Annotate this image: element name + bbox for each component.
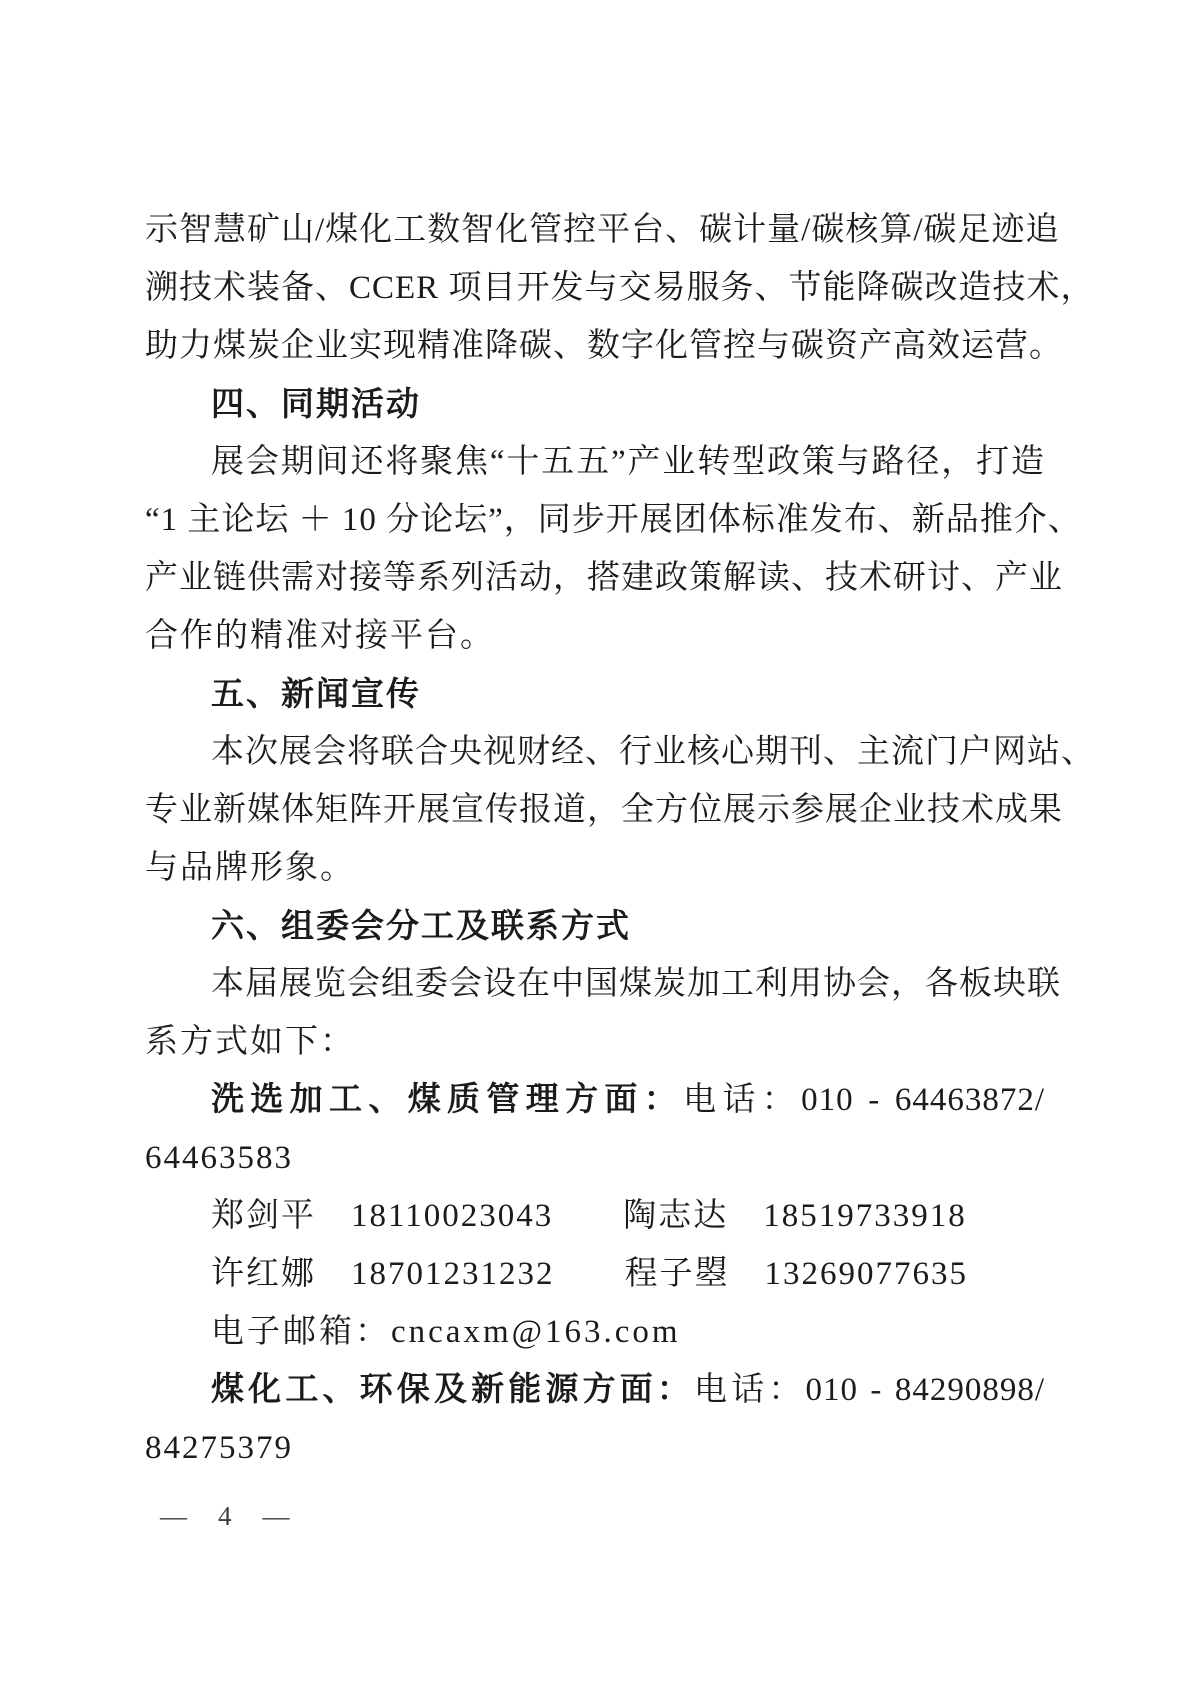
body-line: 本届展览会组委会设在中国煤炭加工利用协会，各板块联 <box>145 955 1045 1013</box>
body-line: 合作的精准对接平台。 <box>145 607 1045 665</box>
contact-phone: 电话：010 - 84290898/ <box>694 1372 1045 1408</box>
contact-line-coal-washing: 洗选加工、煤质管理方面：电话：010 - 64463872/ <box>145 1071 1045 1129</box>
contact-phone: 电话：010 - 64463872/ <box>683 1082 1045 1118</box>
contact-category-label: 洗选加工、煤质管理方面： <box>211 1082 683 1118</box>
body-line: 系方式如下： <box>145 1013 1045 1071</box>
body-line: 专业新媒体矩阵开展宣传报道，全方位展示参展企业技术成果 <box>145 781 1045 839</box>
document-page: 示智慧矿山/煤化工数智化管控平台、碳计量/碳核算/碳足迹追 溯技术装备、CCER… <box>0 0 1190 1682</box>
section-heading-5: 五、新闻宣传 <box>145 665 1045 723</box>
contact-person-line: 许红娜 18701231232 程子曌 13269077635 <box>145 1245 1045 1303</box>
contact-category-label: 煤化工、环保及新能源方面： <box>211 1372 694 1408</box>
contact-line-coal-chem: 煤化工、环保及新能源方面：电话：010 - 84290898/ <box>145 1361 1045 1419</box>
body-line: 与品牌形象。 <box>145 839 1045 897</box>
body-line: 展会期间还将聚焦“十五五”产业转型政策与路径，打造 <box>145 433 1045 491</box>
contact-phone-continued: 84275379 <box>145 1419 1045 1477</box>
body-line: 示智慧矿山/煤化工数智化管控平台、碳计量/碳核算/碳足迹追 <box>145 201 1045 259</box>
body-line: 溯技术装备、CCER 项目开发与交易服务、节能降碳改造技术， <box>145 259 1045 317</box>
body-line: 产业链供需对接等系列活动，搭建政策解读、技术研讨、产业 <box>145 549 1045 607</box>
body-line: 助力煤炭企业实现精准降碳、数字化管控与碳资产高效运营。 <box>145 317 1045 375</box>
body-line: 本次展会将联合央视财经、行业核心期刊、主流门户网站、 <box>145 723 1045 781</box>
section-heading-4: 四、同期活动 <box>145 375 1045 433</box>
section-heading-6: 六、组委会分工及联系方式 <box>145 897 1045 955</box>
contact-person-line: 郑剑平 18110023043 陶志达 18519733918 <box>145 1187 1045 1245</box>
contact-phone-continued: 64463583 <box>145 1129 1045 1187</box>
page-number: — 4 — <box>160 1496 292 1536</box>
document-body: 示智慧矿山/煤化工数智化管控平台、碳计量/碳核算/碳足迹追 溯技术装备、CCER… <box>145 201 1045 1477</box>
contact-email-line: 电子邮箱：cncaxm@163.com <box>145 1303 1045 1361</box>
body-line: “1 主论坛 ＋ 10 分论坛”，同步开展团体标准发布、新品推介、 <box>145 491 1045 549</box>
